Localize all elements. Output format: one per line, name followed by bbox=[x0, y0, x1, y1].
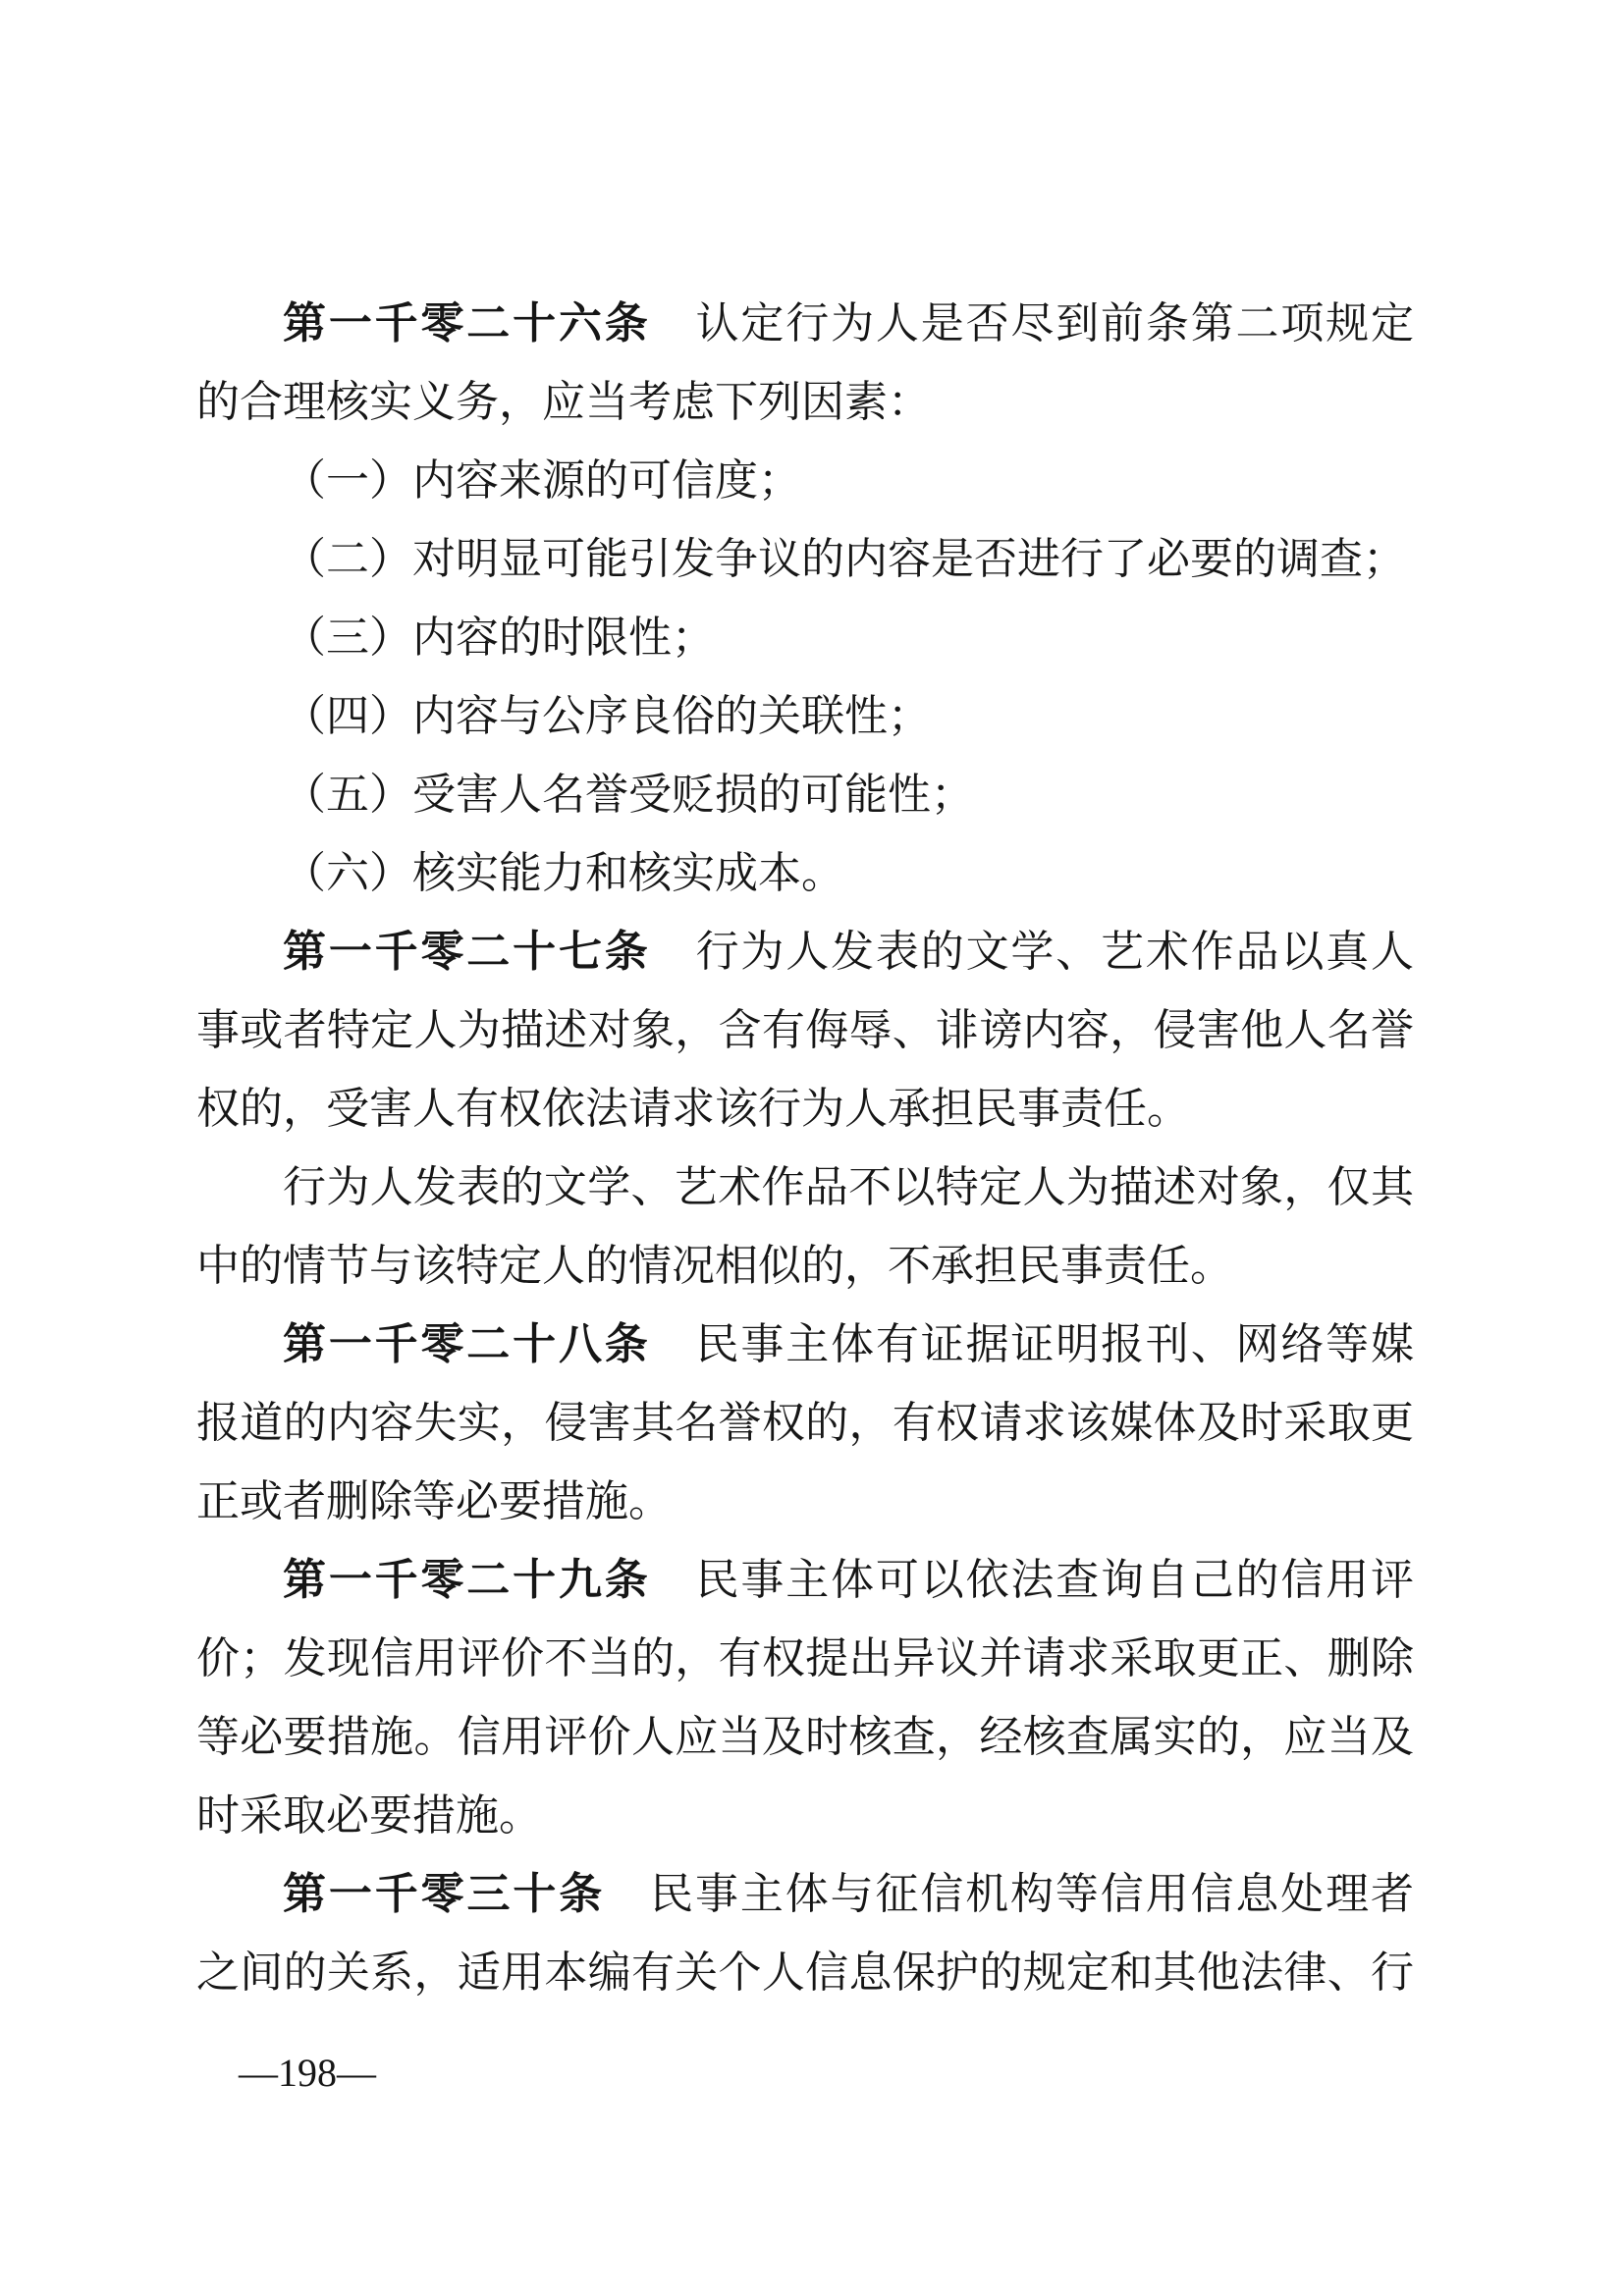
line-text: 的合理核实义务，应当考虑下列因素： bbox=[196, 378, 931, 426]
line-text: （一）内容来源的可信度； bbox=[283, 456, 801, 505]
article-number: 第一千零三十条 bbox=[283, 1870, 605, 1918]
line-text: （四）内容与公序良俗的关联性； bbox=[283, 692, 931, 740]
article-1028-heading-line: 第一千零二十八条民事主体有证据证明报刊、网络等媒体 bbox=[196, 1306, 1414, 1384]
list-item-3: （三）内容的时限性； bbox=[196, 599, 1414, 677]
text-line: 权的，受害人有权依法请求该行为人承担民事责任。 bbox=[196, 1070, 1414, 1148]
text-line: 事或者特定人为描述对象，含有侮辱、诽谤内容，侵害他人名誉 bbox=[196, 991, 1414, 1070]
line-text: 正或者删除等必要措施。 bbox=[196, 1477, 672, 1525]
text-line: 报道的内容失实，侵害其名誉权的，有权请求该媒体及时采取更 bbox=[196, 1384, 1414, 1463]
page-number-text: —198— bbox=[239, 2051, 376, 2095]
line-text: 权的，受害人有权依法请求该行为人承担民事责任。 bbox=[196, 1085, 1190, 1133]
line-text: （二）对明显可能引发争议的内容是否进行了必要的调查； bbox=[283, 535, 1406, 583]
line-text: 认定行为人是否尽到前条第二项规定 bbox=[696, 299, 1414, 347]
list-item-6: （六）核实能力和核实成本。 bbox=[196, 834, 1414, 913]
line-text: 民事主体可以依法查询自己的信用评 bbox=[696, 1556, 1414, 1604]
article-number: 第一千零二十九条 bbox=[283, 1556, 651, 1604]
text-line: 价；发现信用评价不当的，有权提出异议并请求采取更正、删除 bbox=[196, 1620, 1414, 1698]
article-number: 第一千零二十八条 bbox=[283, 1320, 651, 1368]
article-number: 第一千零二十七条 bbox=[283, 928, 651, 976]
line-text: 报道的内容失实，侵害其名誉权的，有权请求该媒体及时采取更 bbox=[196, 1399, 1414, 1447]
text-line: 时采取必要措施。 bbox=[196, 1777, 1414, 1855]
line-text: 事或者特定人为描述对象，含有侮辱、诽谤内容，侵害他人名誉 bbox=[196, 1006, 1414, 1054]
line-text: 之间的关系，适用本编有关个人信息保护的规定和其他法律、行 bbox=[196, 1949, 1414, 1997]
text-line: 等必要措施。信用评价人应当及时核查，经核查属实的，应当及 bbox=[196, 1698, 1414, 1777]
line-text: 价；发现信用评价不当的，有权提出异议并请求采取更正、删除 bbox=[196, 1634, 1414, 1682]
line-text: 中的情节与该特定人的情况相似的，不承担民事责任。 bbox=[196, 1242, 1233, 1290]
line-text: 等必要措施。信用评价人应当及时核查，经核查属实的，应当及 bbox=[196, 1713, 1414, 1761]
article-1027-heading-line: 第一千零二十七条行为人发表的文学、艺术作品以真人真 bbox=[196, 913, 1414, 991]
line-text: （六）核实能力和核实成本。 bbox=[283, 849, 844, 897]
statute-text-block: 第一千零二十六条认定行为人是否尽到前条第二项规定 的合理核实义务，应当考虑下列因… bbox=[196, 285, 1414, 2012]
line-text: 民事主体与征信机构等信用信息处理者 bbox=[650, 1870, 1414, 1918]
list-item-2: （二）对明显可能引发争议的内容是否进行了必要的调查； bbox=[196, 520, 1414, 599]
article-number: 第一千零二十六条 bbox=[283, 299, 651, 347]
article-1026-heading-line: 第一千零二十六条认定行为人是否尽到前条第二项规定 bbox=[196, 285, 1414, 363]
page-number: —198— bbox=[196, 2050, 1414, 2097]
text-line: 中的情节与该特定人的情况相似的，不承担民事责任。 bbox=[196, 1227, 1414, 1306]
line-text: （五）受害人名誉受贬损的可能性； bbox=[283, 771, 974, 819]
text-line: 的合理核实义务，应当考虑下列因素： bbox=[196, 363, 1414, 442]
text-line: 正或者删除等必要措施。 bbox=[196, 1463, 1414, 1541]
document-page: 第一千零二十六条认定行为人是否尽到前条第二项规定 的合理核实义务，应当考虑下列因… bbox=[0, 0, 1624, 2296]
article-1030-heading-line: 第一千零三十条民事主体与征信机构等信用信息处理者 bbox=[196, 1855, 1414, 1934]
text-line: 之间的关系，适用本编有关个人信息保护的规定和其他法律、行 bbox=[196, 1934, 1414, 2012]
line-text: 行为人发表的文学、艺术作品不以特定人为描述对象，仅其 bbox=[283, 1163, 1414, 1211]
list-item-5: （五）受害人名誉受贬损的可能性； bbox=[196, 756, 1414, 834]
list-item-1: （一）内容来源的可信度； bbox=[196, 442, 1414, 520]
line-text: （三）内容的时限性； bbox=[283, 614, 715, 662]
text-line: 行为人发表的文学、艺术作品不以特定人为描述对象，仅其 bbox=[196, 1148, 1414, 1227]
list-item-4: （四）内容与公序良俗的关联性； bbox=[196, 677, 1414, 756]
line-text: 时采取必要措施。 bbox=[196, 1791, 542, 1840]
article-1029-heading-line: 第一千零二十九条民事主体可以依法查询自己的信用评 bbox=[196, 1541, 1414, 1620]
